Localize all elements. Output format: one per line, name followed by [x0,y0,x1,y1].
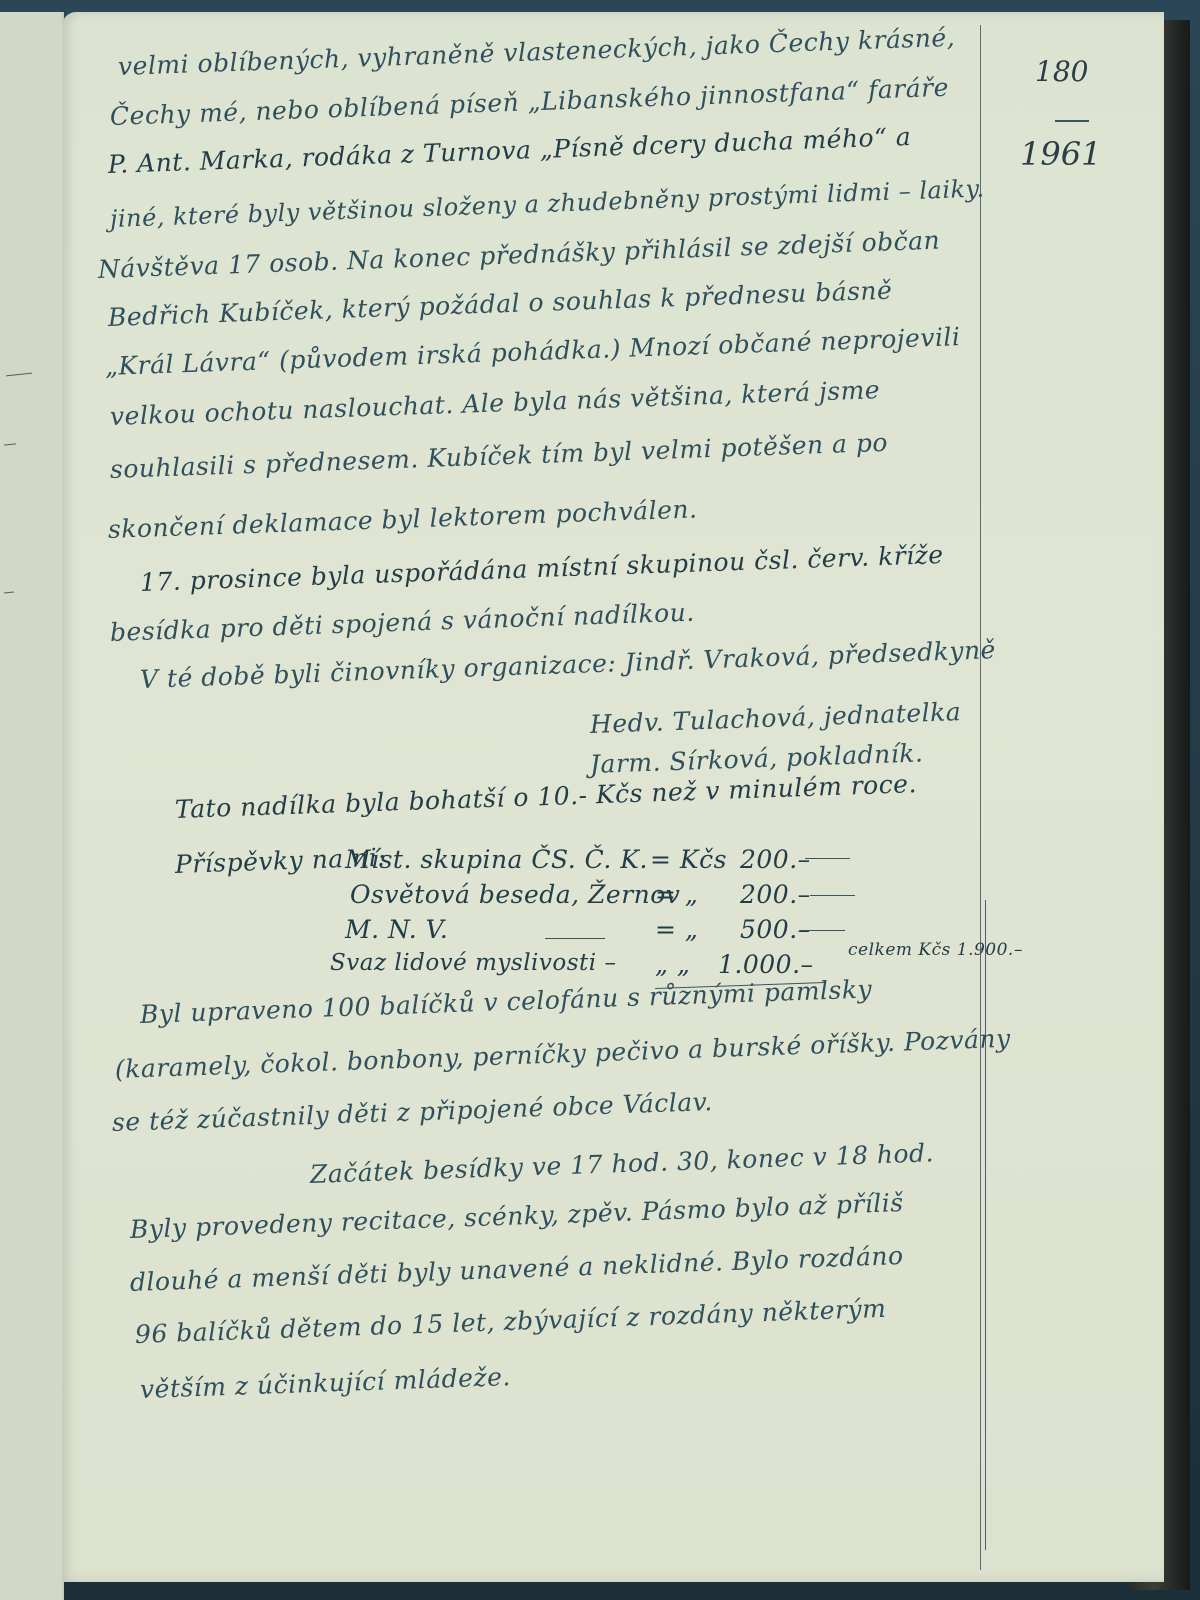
contribution-ditto: = „ [655,915,698,944]
contribution-name: M. N. V. [345,915,448,944]
contribution-name: Svaz lidové myslivosti – [330,950,616,976]
total-amount: celkem Kčs 1.900.– [848,940,1023,960]
ink-mark [4,443,16,445]
contribution-ditto: = „ [655,880,698,909]
ink-mark [6,373,32,377]
contribution-name: Osvětová beseda, Žernov [350,880,680,909]
rule-line [800,930,845,931]
rule-line [810,895,855,896]
rule-line [805,858,850,859]
year-label: 1961 [1020,135,1101,173]
ink-mark [4,591,14,593]
contribution-amount: 1.000.– [718,950,814,979]
margin-rule-secondary [985,900,986,1550]
page-number: 180 [1035,55,1088,88]
ditto-line [545,938,605,939]
contribution-ditto: „ „ [655,950,690,979]
contribution-name: Míst. skupina ČS. Č. K. [345,845,648,874]
contribution-amount: 200.– [740,845,811,874]
contribution-ditto: = Kčs [650,845,727,874]
margin-separator [1055,120,1089,122]
left-page [0,12,64,1600]
contribution-amount: 200.– [740,880,811,909]
margin-rule [980,25,981,1570]
